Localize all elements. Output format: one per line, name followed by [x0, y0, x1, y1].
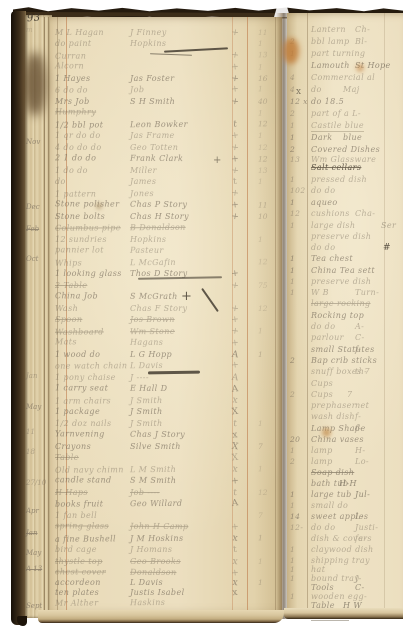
paper-stain — [283, 38, 299, 64]
paper-stain — [96, 203, 102, 209]
paper-stain — [24, 52, 46, 116]
paper-stain — [356, 64, 364, 72]
paper-stain — [322, 428, 331, 437]
stain-layer — [0, 0, 403, 640]
ledger-photo: M L HaganJ Finney11+do paintHopkins1Curr… — [0, 0, 403, 640]
